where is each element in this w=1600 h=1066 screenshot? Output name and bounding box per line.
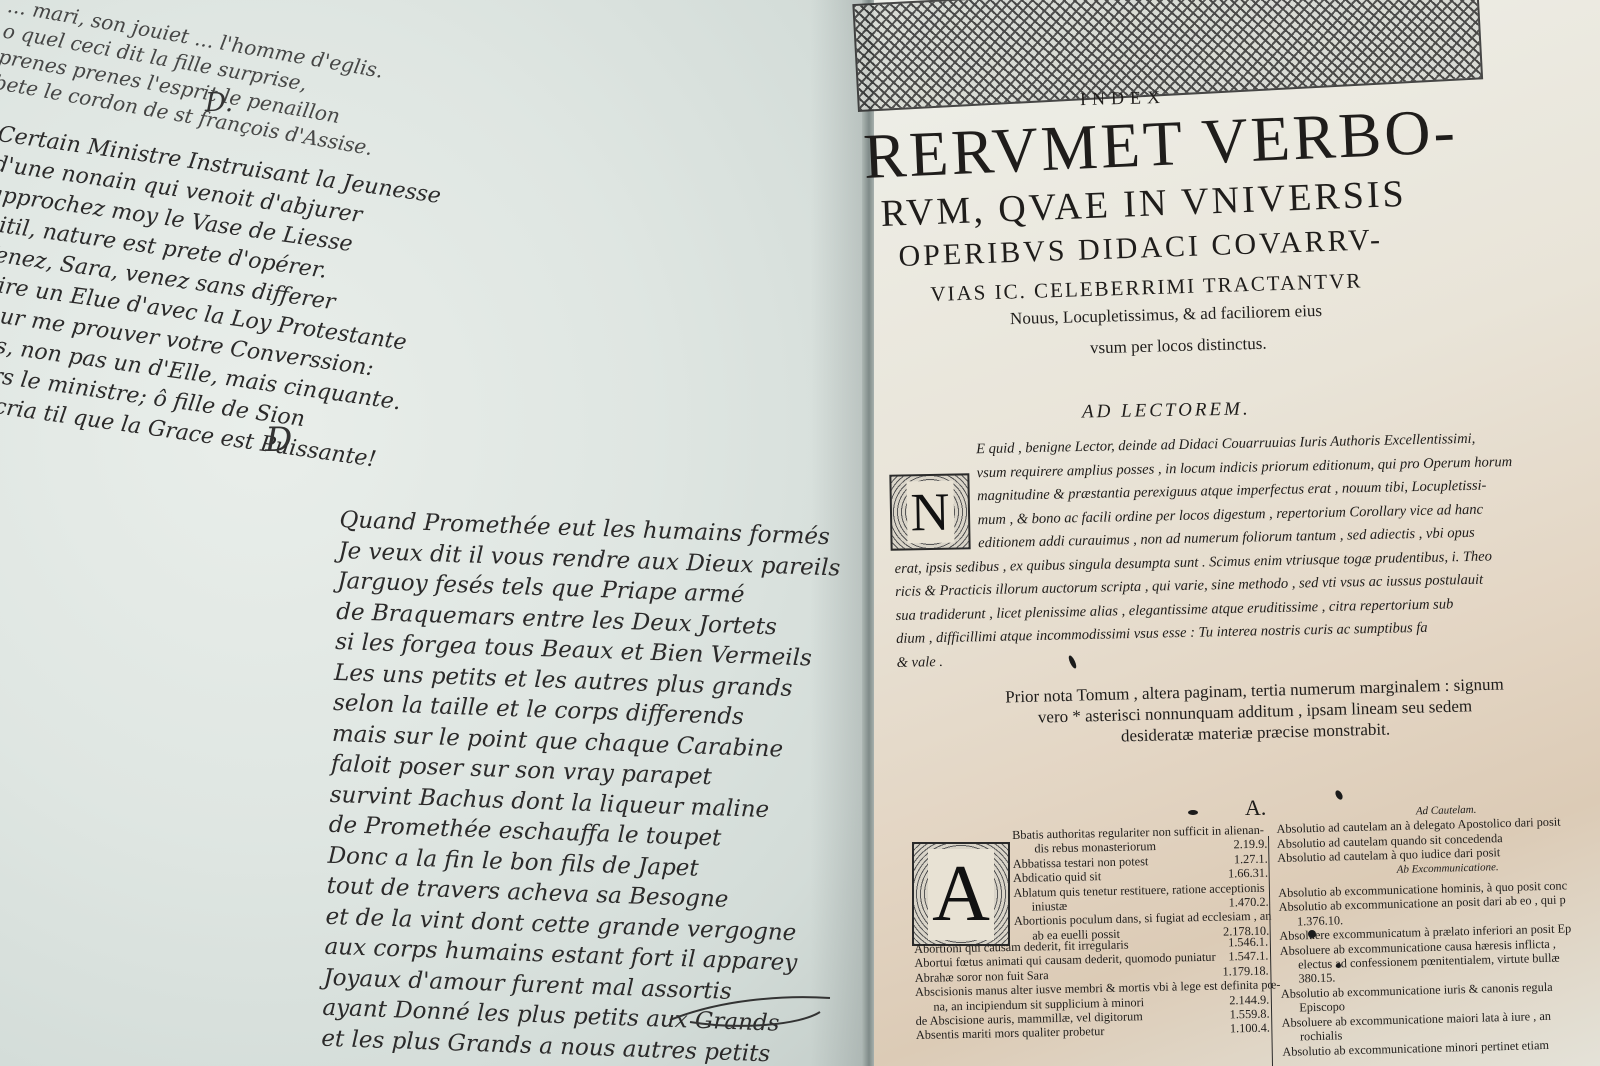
ink-speck — [1308, 930, 1316, 938]
entry-ref: 1.179.18. — [1214, 963, 1268, 979]
handwriting-middle-verse: Certain Ministre Instruisant la Jeunesse… — [0, 120, 443, 479]
entry-ref: 2.19.9. — [1225, 837, 1267, 852]
index-column-right: Ad Cautelam. Absolutio ad cautelam an à … — [1276, 799, 1600, 1059]
signature-flourish-icon — [660, 990, 840, 1040]
signature-mark-2: D — [265, 420, 292, 460]
entry-ref: 1.547.1. — [1220, 949, 1268, 964]
handwriting-promethee-poem: Quand Promethée eut les humains formés J… — [321, 505, 842, 1066]
signature-mark-1: D. — [205, 88, 233, 118]
ink-speck — [1188, 810, 1198, 815]
entry-ref: 1.66.31. — [1220, 866, 1268, 881]
decorated-initial-a-icon: A — [912, 842, 1010, 946]
entry-ref: 1.100.4. — [1222, 1021, 1270, 1036]
index-section-letter: A. — [1245, 795, 1266, 821]
entry-ref: 2.144.9. — [1221, 992, 1269, 1007]
index-column-left-wide: Abortioni qui causam dederit, fit irregu… — [914, 935, 1270, 1043]
entry-text: Abbatissa testari non potest — [1013, 854, 1149, 871]
index-column-left: Bbatis authoritas regulariter non suffic… — [1012, 823, 1269, 944]
entry-ref: 1.470.2. — [1220, 895, 1268, 910]
entry-ref — [1264, 823, 1272, 838]
entry-text: iniustæ — [1032, 899, 1068, 914]
ad-lectorem-heading: AD LECTOREM. — [1082, 399, 1251, 424]
ink-speck — [1336, 963, 1341, 968]
entry-ref: 1.27.1. — [1226, 851, 1268, 866]
entry-ref: 1.546.1. — [1220, 935, 1268, 950]
initial-letter: A — [928, 849, 994, 940]
entry-ref: 1.559.8. — [1221, 1007, 1269, 1022]
preface-text: E quid , benigne Lector, deinde ad Didac… — [892, 425, 1600, 675]
